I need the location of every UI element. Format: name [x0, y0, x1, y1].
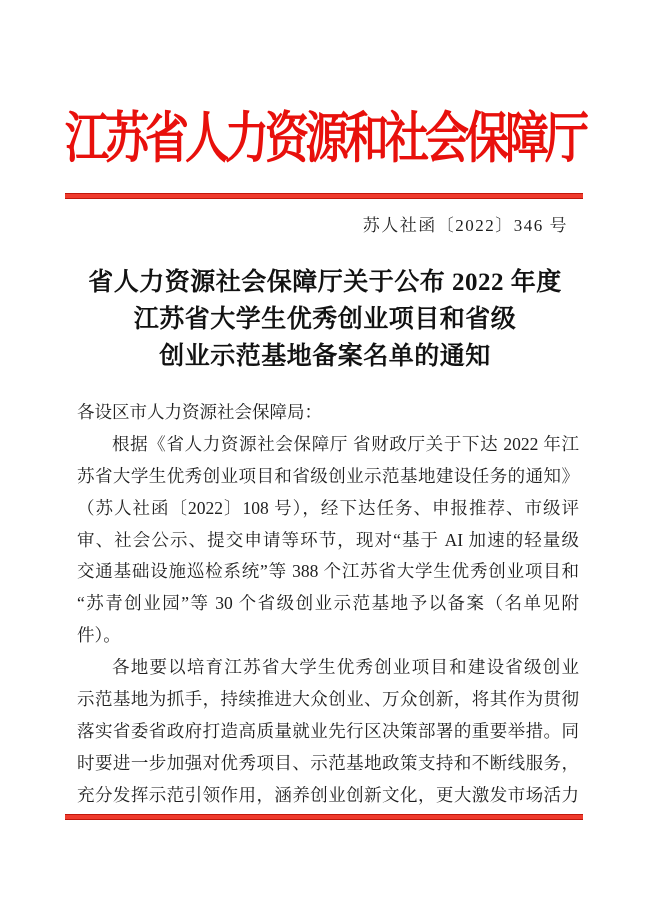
paragraph1-line-5: 交通基础设施巡检系统”等 388 个江苏省大学生优秀创业项目和: [77, 556, 579, 588]
document-page: 江苏省人力资源和社会保障厅 苏人社函〔2022〕346 号 省人力资源社会保障厅…: [0, 0, 650, 919]
paragraph2-line-5: 充分发挥示范引领作用，涵养创业创新文化，更大激发市场活力: [77, 780, 579, 812]
paragraph2-line-4: 时要进一步加强对优秀项目、示范基地政策支持和不断线服务，: [77, 748, 579, 780]
paragraph1-line-3: （苏人社函〔2022〕108 号），经下达任务、申报推荐、市级评: [77, 493, 579, 525]
footer-divider-rule: [65, 814, 583, 820]
document-number: 苏人社函〔2022〕346 号: [363, 211, 568, 236]
paragraph1-line-2: 苏省大学生优秀创业项目和省级创业示范基地建设任务的通知》: [77, 461, 579, 493]
paragraph1-line-6: “苏青创业园”等 30 个省级创业示范基地予以备案（名单见附: [77, 588, 579, 620]
paragraph1-line-4: 审、社会公示、提交申请等环节，现对“基于 AI 加速的轻量级: [77, 525, 579, 557]
notice-title-line-2: 江苏省大学生优秀创业项目和省级: [0, 301, 650, 338]
paragraph1-line-1: 根据《省人力资源社会保障厅 省财政厅关于下达 2022 年江: [77, 429, 579, 461]
issuing-agency-masthead: 江苏省人力资源和社会保障厅: [0, 107, 650, 172]
notice-title: 省人力资源社会保障厅关于公布 2022 年度 江苏省大学生优秀创业项目和省级 创…: [0, 264, 650, 375]
header-divider-rule: [65, 193, 583, 199]
paragraph1-line-7: 件）。: [77, 620, 579, 652]
notice-title-line-1: 省人力资源社会保障厅关于公布 2022 年度: [0, 264, 650, 301]
paragraph2-line-3: 落实省委省政府打造高质量就业先行区决策部署的重要举措。同: [77, 716, 579, 748]
notice-title-line-3: 创业示范基地备案名单的通知: [0, 338, 650, 375]
paragraph2-line-2: 示范基地为抓手，持续推进大众创业、万众创新，将其作为贯彻: [77, 684, 579, 716]
document-body: 各设区市人力资源社会保障局： 根据《省人力资源社会保障厅 省财政厅关于下达 20…: [77, 397, 579, 812]
salutation-line: 各设区市人力资源社会保障局：: [77, 397, 579, 429]
paragraph2-line-1: 各地要以培育江苏省大学生优秀创业项目和建设省级创业: [77, 652, 579, 684]
